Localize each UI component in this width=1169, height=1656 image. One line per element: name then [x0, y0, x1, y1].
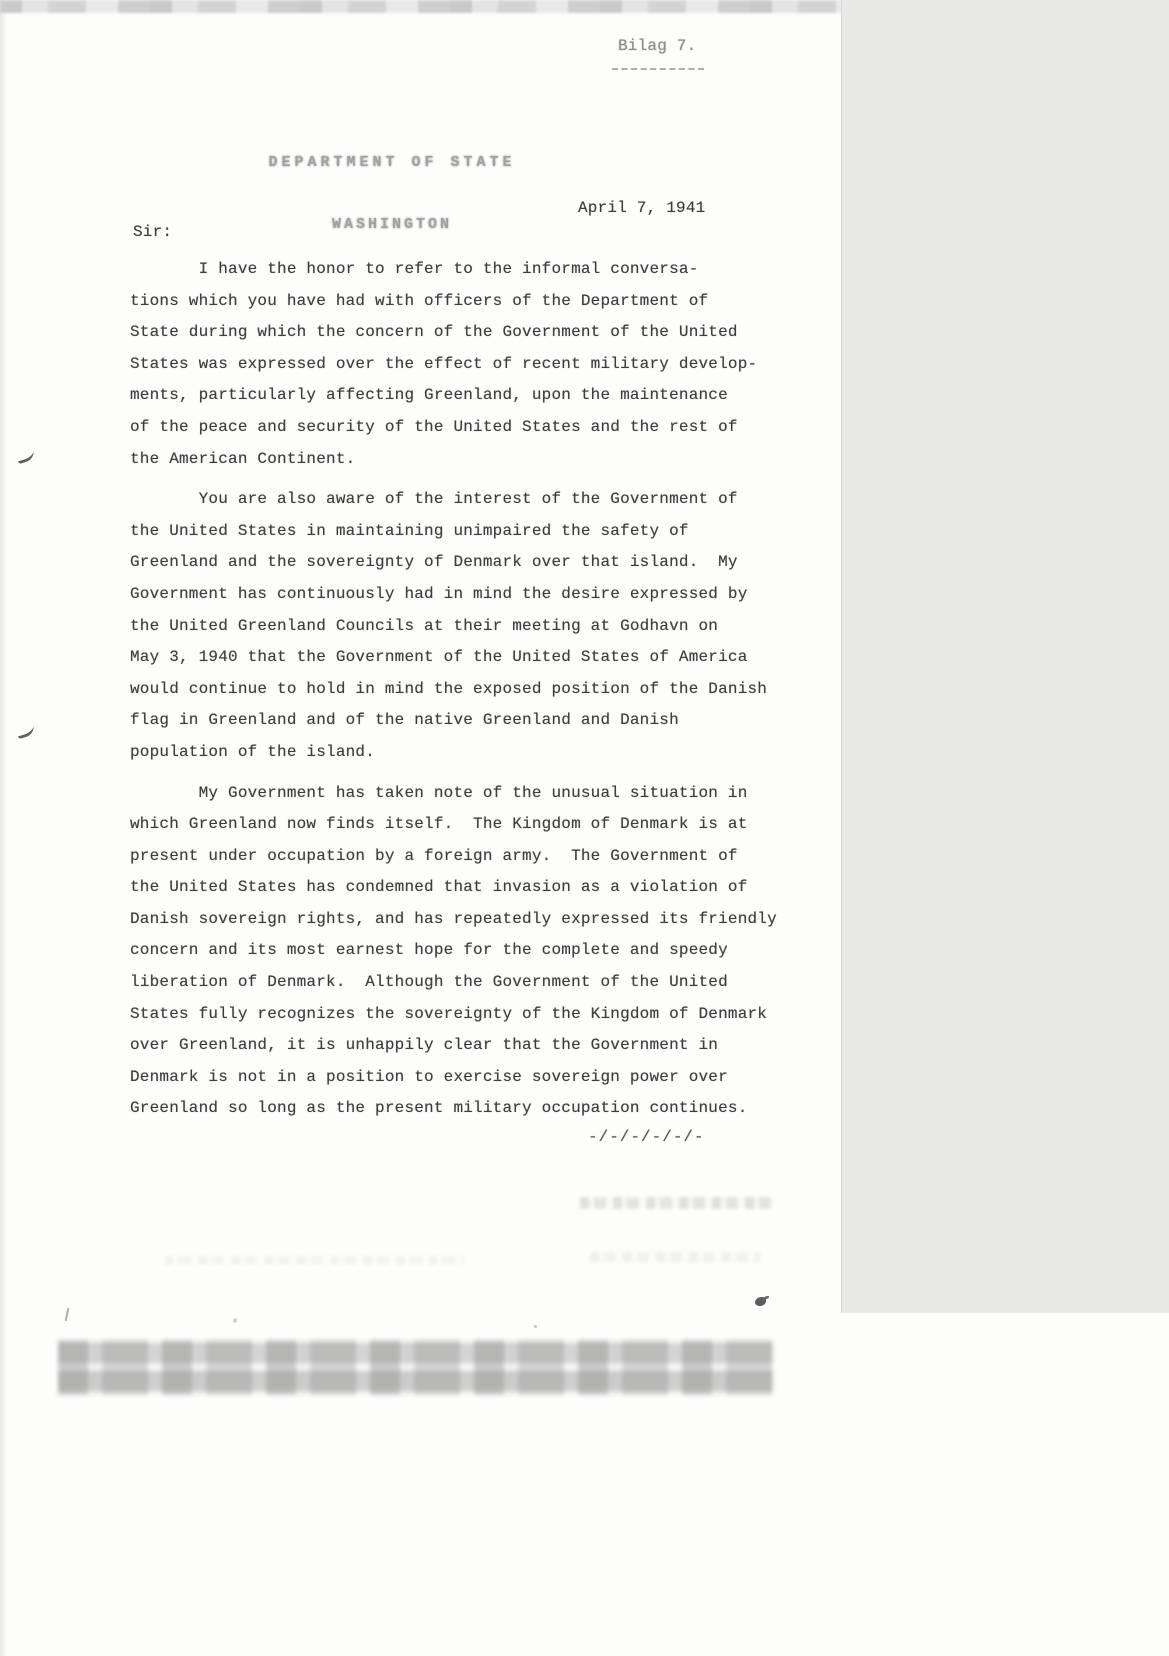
- date-line: April 7, 1941: [578, 199, 705, 217]
- scanned-letter-page: Bilag 7. DEPARTMENT OF STATE WASHINGTON …: [0, 0, 1169, 1656]
- scan-edge-noise-top: [0, 0, 846, 13]
- scan-smudge: [590, 1252, 760, 1262]
- attachment-label: Bilag 7.: [618, 37, 696, 55]
- paragraph-3: My Government has taken note of the unus…: [130, 778, 810, 1126]
- letterhead-city: WASHINGTON: [252, 216, 532, 233]
- continuation-mark: -/-/-/-/-/-: [588, 1128, 705, 1146]
- margin-pen-tick: [14, 720, 36, 740]
- scan-edge-noise-left: [0, 0, 7, 1656]
- ink-speck: [65, 1308, 70, 1321]
- scanner-background-panel: [841, 0, 1169, 1313]
- ink-speck: [233, 1318, 237, 1323]
- salutation: Sir:: [133, 223, 172, 241]
- letter-body: I have the honor to refer to the informa…: [130, 254, 810, 1134]
- paragraph-2: You are also aware of the interest of th…: [130, 484, 810, 768]
- ink-speck: [755, 1297, 766, 1306]
- scan-smudge: [580, 1197, 772, 1209]
- scan-smudge: [165, 1256, 465, 1265]
- letterhead-department: DEPARTMENT OF STATE: [252, 154, 532, 171]
- ink-speck: [534, 1325, 537, 1328]
- letterhead: DEPARTMENT OF STATE WASHINGTON: [252, 120, 532, 267]
- attachment-label-underline: [612, 68, 704, 70]
- margin-pen-tick: [14, 445, 36, 465]
- paragraph-1: I have the honor to refer to the informa…: [130, 254, 810, 475]
- bleed-through-ghost-text: [58, 1340, 773, 1395]
